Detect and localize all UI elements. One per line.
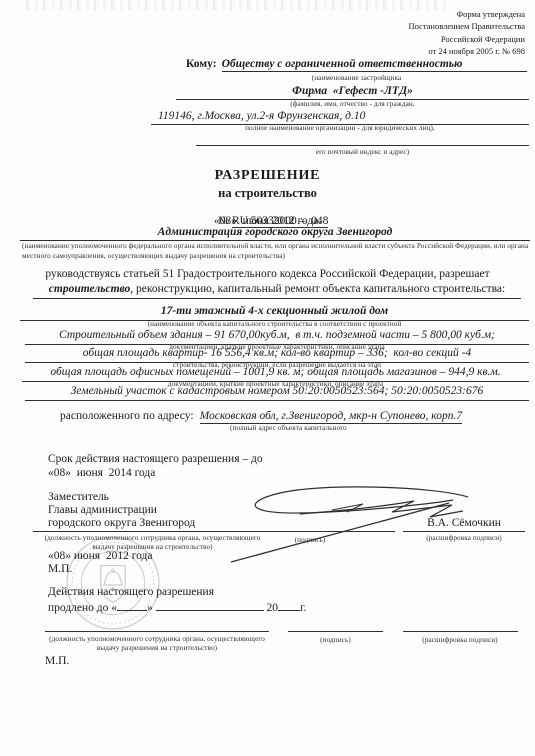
signature-scribble [220,480,480,570]
bottom-sign-caption: (подпись) [288,636,383,646]
bottom-post-rule [45,631,269,632]
extension-year-prefix: 20 [267,602,279,614]
approval-line: Постановлением Правительства [275,20,525,32]
extension-line-1: Действия настоящего разрешения [48,586,214,599]
document-subtitle: на строительство [0,186,535,201]
spec-line-4: Земельный участок с кадастровым номером … [25,385,529,401]
postal-caption: его почтовый индекс и адрес) [196,148,529,158]
bottom-name-caption: (расшифровка подписи) [395,636,525,646]
developer-name-caption: (наименование застройщика [186,74,527,84]
developer-firm: Фирма «Гефест -ЛТД» [176,85,529,100]
form-approval-note: Форма утверждена Постановлением Правител… [275,8,525,57]
extension-quote-close: » [147,602,153,614]
bottom-seal-place-label: М.П. [45,655,69,668]
document-page: Форма утверждена Постановлением Правител… [0,0,535,756]
authority-name: Администрация городского округа Звенигор… [20,226,530,241]
bottom-name-rule [403,631,518,632]
bottom-post-caption-2: выдачу разрешения на строительство) [32,644,282,654]
location-caption: (полный адрес объекта капитального [230,424,347,434]
seal-place-label: М.П. [48,563,72,576]
developer-firm-caption: (фамилия, имя, отчество - для граждан, [176,100,529,110]
intro-permit-line: строительство, реконструкцию, капитальны… [33,283,521,299]
authority-caption: (наименование уполномоченного федерально… [22,242,529,261]
validity-line-2: «08» июня 2014 года [48,467,155,480]
approval-line: Форма утверждена [275,8,525,20]
signature-icon [220,480,480,570]
location-line: расположенного по адресу: Московская обл… [60,410,462,424]
location-label: расположенного по адресу: [60,410,200,424]
official-post-3: городского округа Звенигород [48,517,195,530]
extension-prefix: продлено до « [48,602,117,614]
document-title: РАЗРЕШЕНИЕ [0,168,535,184]
developer-name: Обществу с ограниченной ответственностью [222,58,527,72]
postal-blank-line [196,145,529,146]
extension-month-blank [156,600,264,611]
intro-rest: , реконструкцию, капитальный ремонт объе… [130,283,505,295]
approval-line: Российской Федерации [275,33,525,45]
intro-line: руководствуясь статьей 51 Градостроитель… [0,268,535,281]
extension-day-blank [117,600,147,611]
object-name: 17-ти этажный 4-х секционный жилой дом [20,305,529,321]
intro-emphasis: строительство [49,283,131,295]
extension-year-blank [278,600,300,611]
approval-line: от 24 ноября 2005 г. № 698 [275,45,525,57]
extension-year-suffix: г. [300,602,306,614]
bottom-sign-rule [288,631,383,632]
location-value: Московская обл, г.Звенигород, мкр-н Супо… [200,410,463,424]
extension-line-2: продлено до «» 20г. [48,600,306,615]
developer-address-caption: полное наименование организации - для юр… [151,124,529,134]
sign-date: «08» июня 2012 года [48,550,153,563]
validity-line-1: Срок действия настоящего разрешения – до [48,453,263,466]
addressee-line: Кому: Обществу с ограниченной ответствен… [186,58,527,72]
official-post-2: Главы администрации [48,504,157,517]
official-post-1: Заместитель [48,491,109,504]
addressee-label: Кому: [186,58,222,72]
developer-address: 119146, г.Москва, ул.2-я Фрунзенская, д.… [151,110,529,125]
